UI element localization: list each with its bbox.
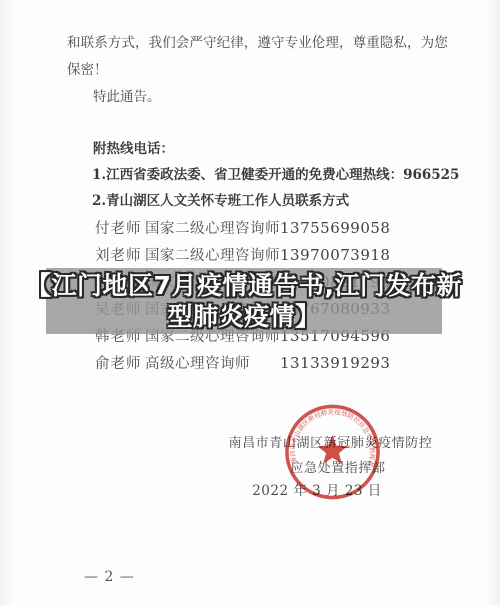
contact-row: 刘老师 国家二级心理咨询师 13970073918 xyxy=(95,244,415,261)
seal-star-icon xyxy=(317,435,347,464)
hotline-item-1: 1.江西省委政法委、省卫健委开通的免费心理热线：966525 xyxy=(92,163,459,183)
body-text-line-1: 和联系方式，我们会严守纪律，遵守专业伦理，尊重隐私，为您 xyxy=(67,31,448,51)
notice-closing-line: 特此通告。 xyxy=(93,85,161,105)
official-red-seal: 南昌市青山湖区新冠肺炎疫情防控应急处置指挥部 xyxy=(283,398,382,506)
page-number: — 2 — xyxy=(84,569,135,585)
hotline-item-2: 2.青山湖区人文关怀专班工作人员联系方式 xyxy=(92,189,349,209)
watermark-overlay-band: 【江门地区7月疫情通告书,江门发布新 型肺炎疫情】 xyxy=(46,268,442,334)
contact-row: 俞老师 高级心理咨询师 13133919293 xyxy=(95,352,415,369)
contact-name: 俞老师 xyxy=(95,352,145,373)
contact-title: 国家二级心理咨询师 xyxy=(145,217,280,238)
contact-phone: 13133919293 xyxy=(280,354,390,372)
watermark-title-line-1: 【江门地区7月疫情通告书,江门发布新 xyxy=(26,270,462,301)
contact-row: 付老师 国家二级心理咨询师 13755699058 xyxy=(95,217,415,234)
contact-title: 国家二级心理咨询师 xyxy=(145,244,280,265)
contact-name: 刘老师 xyxy=(95,244,145,265)
document-page: 和联系方式，我们会严守纪律，遵守专业伦理，尊重隐私，为您 保密！ 特此通告。 附… xyxy=(0,0,500,605)
watermark-title-line-2: 型肺炎疫情】 xyxy=(167,301,320,332)
hotline-heading: 附热线电话： xyxy=(93,137,174,157)
contact-phone: 13970073918 xyxy=(280,246,390,264)
body-text-line-2: 保密！ xyxy=(67,58,108,78)
contact-name: 付老师 xyxy=(95,217,145,238)
contact-title: 高级心理咨询师 xyxy=(145,352,280,373)
contact-phone: 13755699058 xyxy=(280,219,390,237)
